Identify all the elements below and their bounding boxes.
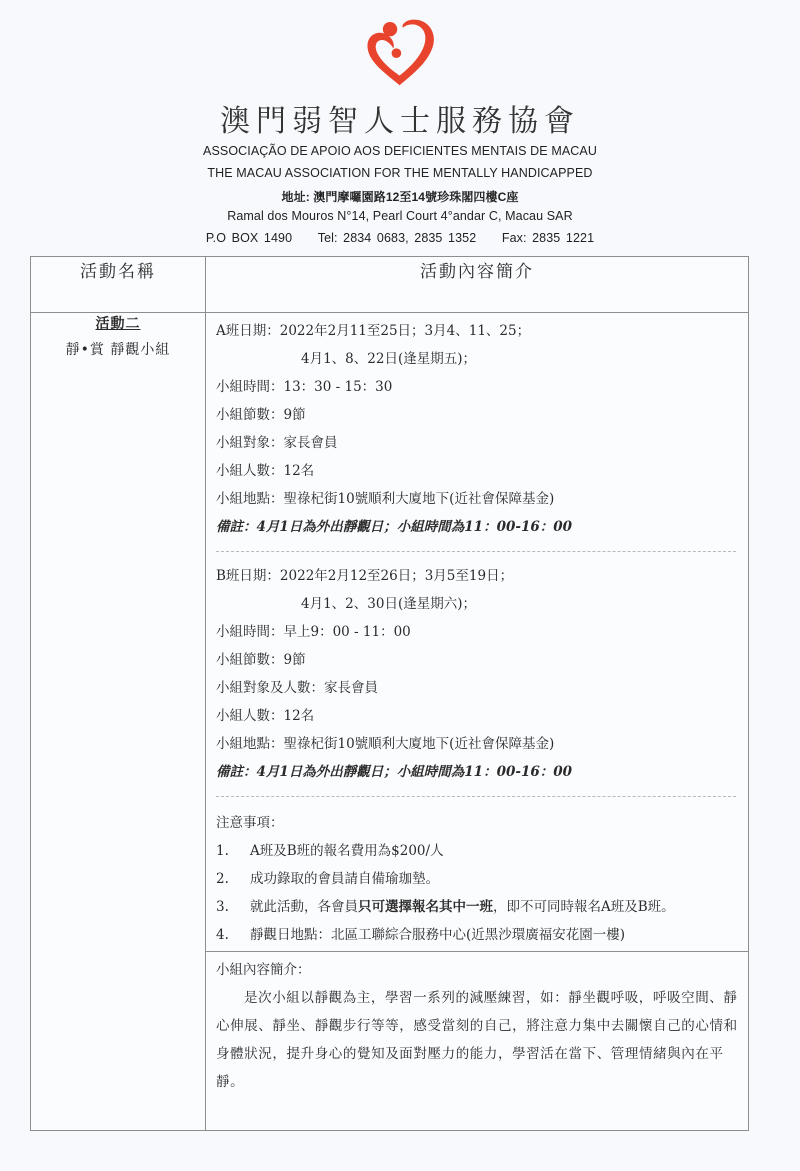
- notes-item-text: A班及B班的報名費用為$200/人: [250, 837, 738, 865]
- class-b-location: 小組地點：聖祿杞街10號順利大廈地下(近社會保障基金): [216, 730, 738, 758]
- header-activity-content: 活動內容簡介: [206, 257, 749, 313]
- org-name-pt: ASSOCIAÇÃO DE APOIO AOS DEFICIENTES MENT…: [0, 144, 800, 158]
- notes-item-text: 成功錄取的會員請自備瑜珈墊。: [250, 865, 738, 893]
- class-a-capacity: 小組人數：12名: [216, 457, 738, 485]
- telephone: Tel: 2834 0683, 2835 1352: [318, 231, 477, 245]
- fax: Fax: 2835 1221: [502, 231, 594, 245]
- intro-title: 小組內容簡介：: [216, 956, 738, 984]
- class-a-time: 小組時間：13：30 - 15：30: [216, 373, 738, 401]
- activity-number: 活動二: [31, 313, 205, 333]
- class-b-time: 小組時間：早上9：00 - 11：00: [216, 618, 738, 646]
- notes-item-text: 靜觀日地點：北區工聯綜合服務中心(近黑沙環廣福安花園一樓): [250, 921, 738, 949]
- activity-name-cell: 活動二 靜•賞 靜觀小組: [31, 313, 206, 1131]
- org-name-en: THE MACAU ASSOCIATION FOR THE MENTALLY H…: [0, 166, 800, 180]
- class-a-location: 小組地點：聖祿杞街10號順利大廈地下(近社會保障基金): [216, 485, 738, 513]
- notes-item-number: 4.: [216, 921, 250, 949]
- class-b-dates-cont: 4月1、2、30日(逢星期六)；: [216, 590, 738, 618]
- org-name-zh: 澳門弱智人士服務協會: [0, 96, 800, 140]
- po-box: P.O BOX 1490: [206, 231, 292, 245]
- notes-title: 注意事項：: [216, 809, 738, 837]
- notes-item-number: 1.: [216, 837, 250, 865]
- table-header-row: 活動名稱 活動內容簡介: [31, 257, 749, 313]
- address-pt: Ramal dos Mouros N°14, Pearl Court 4°and…: [0, 209, 800, 223]
- intro-section: 小組內容簡介： 是次小組以靜觀為主，學習一系列的減壓練習，如：靜坐觀呼吸，呼吸空…: [206, 951, 748, 1102]
- address-zh: 地址: 澳門摩囉園路12至14號珍珠閣四樓C座: [0, 188, 800, 205]
- class-b-sessions: 小組節數：9節: [216, 646, 738, 674]
- heart-logo-icon: [358, 18, 438, 90]
- class-a-dates-cont: 4月1、8、22日(逢星期五)；: [216, 345, 738, 373]
- notes-item: 1. A班及B班的報名費用為$200/人: [216, 837, 738, 865]
- class-b-capacity: 小組人數：12名: [216, 702, 738, 730]
- class-a-target: 小組對象：家長會員: [216, 429, 738, 457]
- notes-item: 2. 成功錄取的會員請自備瑜珈墊。: [216, 865, 738, 893]
- activity-title: 靜•賞 靜觀小組: [31, 339, 205, 359]
- intro-body: 是次小組以靜觀為主，學習一系列的減壓練習，如：靜坐觀呼吸，呼吸空間、靜心伸展、靜…: [216, 984, 738, 1096]
- notes-text-emphasis: 只可選擇報名其中一班: [358, 899, 493, 915]
- class-a-remark: 備註：4月1日為外出靜觀日；小組時間為11：00-16：00: [216, 513, 738, 541]
- notes-item-text: 就此活動，各會員只可選擇報名其中一班，即不可同時報名A班及B班。: [250, 893, 738, 921]
- divider: [216, 551, 736, 552]
- notes-text-pre: 就此活動，各會員: [250, 899, 358, 915]
- notes-section: 注意事項： 1. A班及B班的報名費用為$200/人 2. 成功錄取的會員請自備…: [206, 803, 748, 951]
- divider: [216, 796, 736, 797]
- class-a-section: A班日期：2022年2月11至25日；3月4、11、25； 4月1、8、22日(…: [206, 313, 748, 552]
- notes-item-number: 3.: [216, 893, 250, 921]
- activity-table: 活動名稱 活動內容簡介 活動二 靜•賞 靜觀小組 A班日期：2022年2月11至…: [30, 256, 749, 1131]
- class-b-remark: 備註：4月1日為外出靜觀日；小組時間為11：00-16：00: [216, 758, 738, 786]
- header-activity-name: 活動名稱: [31, 257, 206, 313]
- table-row: 活動二 靜•賞 靜觀小組 A班日期：2022年2月11至25日；3月4、11、2…: [31, 313, 749, 1131]
- notes-item: 3. 就此活動，各會員只可選擇報名其中一班，即不可同時報名A班及B班。: [216, 893, 738, 921]
- activity-content-cell: A班日期：2022年2月11至25日；3月4、11、25； 4月1、8、22日(…: [206, 313, 749, 1131]
- class-a-sessions: 小組節數：9節: [216, 401, 738, 429]
- notes-item-number: 2.: [216, 865, 250, 893]
- notes-item: 4. 靜觀日地點：北區工聯綜合服務中心(近黑沙環廣福安花園一樓): [216, 921, 738, 949]
- class-b-section: B班日期：2022年2月12至26日；3月5至19日； 4月1、2、30日(逢星…: [206, 558, 748, 797]
- class-b-dates: B班日期：2022年2月12至26日；3月5至19日；: [216, 562, 738, 590]
- notes-text-post: ，即不可同時報名A班及B班。: [493, 899, 675, 915]
- class-b-target: 小組對象及人數：家長會員: [216, 674, 738, 702]
- contact-line: P.O BOX 1490 Tel: 2834 0683, 2835 1352 F…: [0, 231, 800, 245]
- class-a-dates: A班日期：2022年2月11至25日；3月4、11、25；: [216, 317, 738, 345]
